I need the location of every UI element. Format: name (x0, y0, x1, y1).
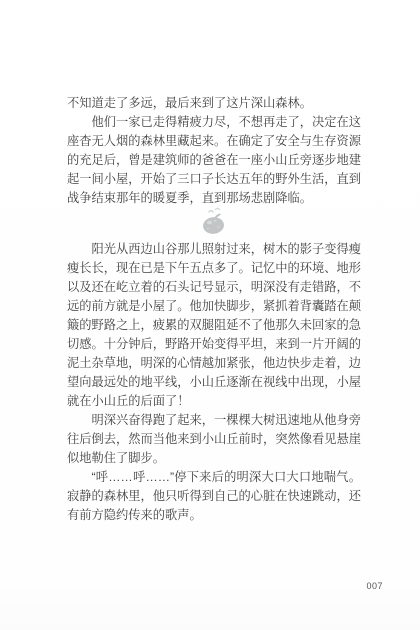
fruit-divider-icon (194, 205, 234, 243)
paragraph: 不知道走了多远，最后来到了这片深山森林。 (67, 94, 361, 113)
page-number: 007 (366, 581, 383, 591)
paragraph: 他们一家已走得精疲力尽，不想再走了，决定在这座杳无人烟的森林里藏起来。在确定了安… (67, 113, 361, 208)
paragraph: 明深兴奋得跑了起来，一棵棵大树迅速地从他身旁往后倒去，然而当他来到小山丘前时，突… (67, 411, 361, 468)
page-text-block: 不知道走了多远，最后来到了这片深山森林。 他们一家已走得精疲力尽，不想再走了，决… (67, 94, 361, 525)
book-page: 不知道走了多远，最后来到了这片深山森林。 他们一家已走得精疲力尽，不想再走了，决… (0, 0, 420, 630)
section-divider (67, 208, 361, 240)
paragraph: “呼……呼……”停下来后的明深大口大口地喘气。寂静的森林里，他只听得到自己的心脏… (67, 468, 361, 525)
paragraph: 阳光从西边山谷那儿照射过来，树木的影子变得瘦瘦长长，现在已是下午五点多了。记忆中… (67, 240, 361, 411)
